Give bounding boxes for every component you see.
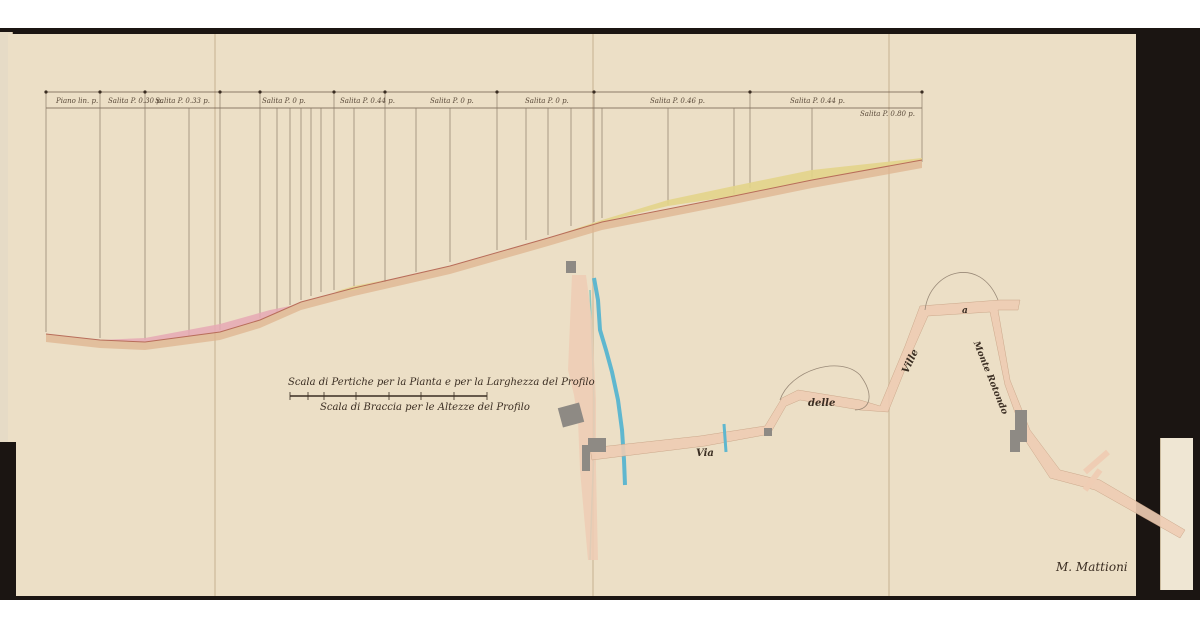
- header-labels: Piano lin. p. Salita P. 0.30 p. Salita P…: [55, 97, 915, 118]
- signature: M. Mattioni: [1056, 560, 1128, 574]
- svg-text:Salita P. 0 p.: Salita P. 0 p.: [262, 97, 306, 105]
- svg-text:Piano lin. p.: Piano lin. p.: [55, 97, 98, 105]
- road-via-delle-ville: [590, 300, 1185, 538]
- scale-title-bottom: Scala di Braccia per le Altezze del Prof…: [320, 402, 530, 413]
- svg-text:Salita P. 0.46 p.: Salita P. 0.46 p.: [650, 97, 705, 105]
- stream: [724, 424, 726, 452]
- plan-label-via: Via: [696, 448, 714, 459]
- ground-hatch: [46, 160, 922, 350]
- scale-title-top: Scala di Pertiche per la Pianta e per la…: [288, 377, 595, 388]
- svg-text:Salita P. 0.44 p.: Salita P. 0.44 p.: [790, 97, 845, 105]
- svg-text:Salita P. 0.44 p.: Salita P. 0.44 p.: [340, 97, 395, 105]
- profile-station-lines: [46, 92, 922, 340]
- plan-label-a: a: [962, 306, 968, 316]
- svg-text:Salita P. 0 p.: Salita P. 0 p.: [525, 97, 569, 105]
- plan-label-delle: delle: [808, 398, 835, 409]
- buildings: [558, 261, 1027, 471]
- drawing-canvas: Piano lin. p. Salita P. 0.30 p. Salita P…: [0, 0, 1200, 628]
- svg-text:Salita P. 0 p.: Salita P. 0 p.: [430, 97, 474, 105]
- svg-text:Salita P. 0.80 p.: Salita P. 0.80 p.: [860, 110, 915, 118]
- scale-bar: [290, 392, 487, 400]
- svg-text:Salita P. 0.33 p.: Salita P. 0.33 p.: [155, 97, 210, 105]
